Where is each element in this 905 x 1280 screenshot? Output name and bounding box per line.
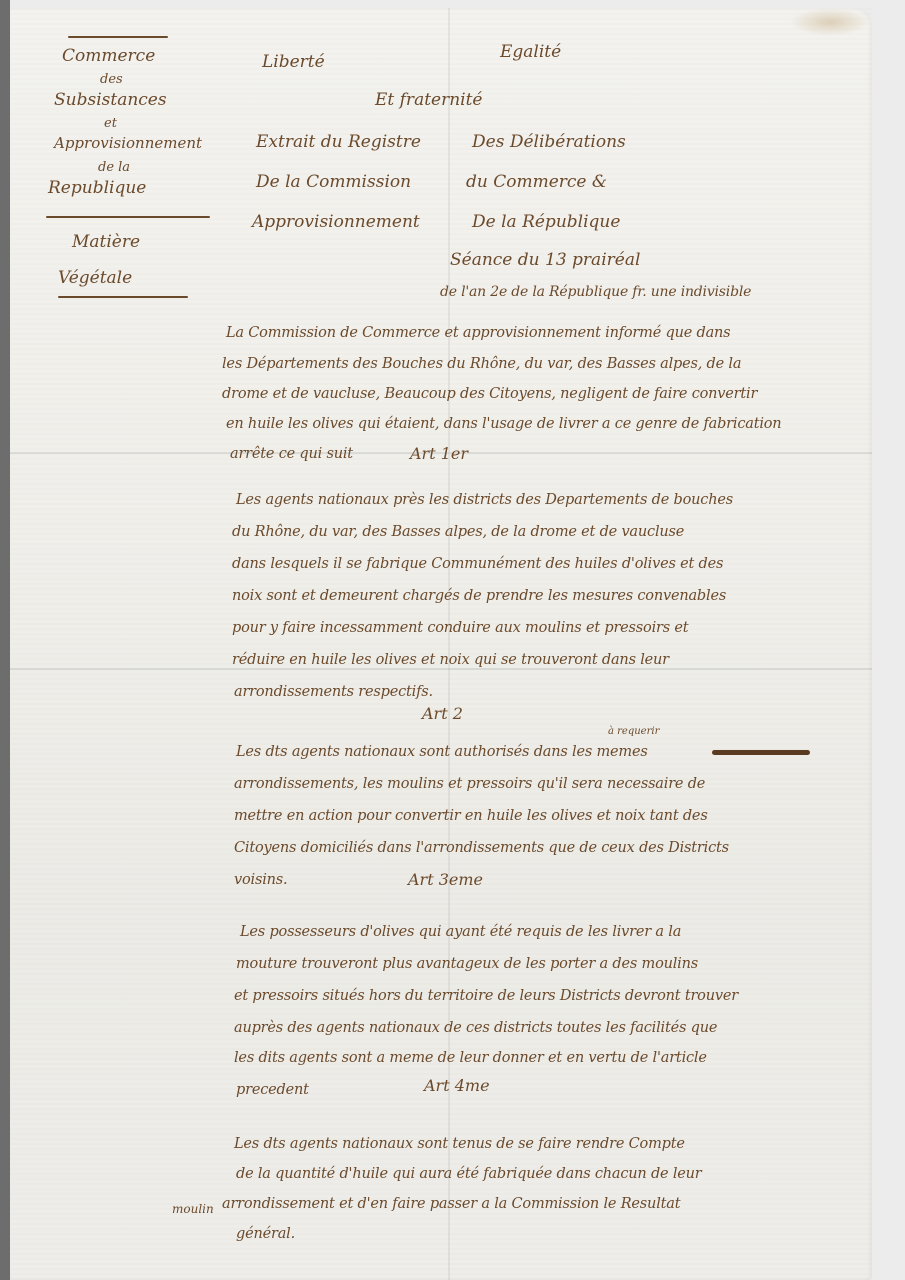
- margin-line: Subsistances: [54, 90, 167, 110]
- article-line: arrondissement et d'en faire passer a la…: [222, 1196, 680, 1212]
- decorative-rule: [46, 216, 210, 218]
- article-line: mouture trouveront plus avantageux de le…: [236, 956, 698, 972]
- article-label: Art 1er: [410, 444, 468, 463]
- article-label: Art 4me: [424, 1076, 490, 1095]
- interlinear-note: à requerir: [608, 726, 659, 737]
- article-line: les dits agents sont a meme de leur donn…: [234, 1050, 707, 1066]
- article-line: noix sont et demeurent chargés de prendr…: [232, 588, 726, 604]
- preamble-line: en huile les olives qui étaient, dans l'…: [226, 416, 781, 432]
- header-left-line: Approvisionnement: [252, 212, 420, 232]
- margin-line: Matière: [72, 232, 140, 252]
- paper-stain: [790, 8, 870, 36]
- margin-line: Approvisionnement: [54, 134, 202, 152]
- preamble-line: arrête ce qui suit: [230, 446, 353, 462]
- motto-egalite: Egalité: [500, 42, 561, 62]
- header-left-line: Extrait du Registre: [256, 132, 421, 152]
- republic-year: de l'an 2e de la République fr. une indi…: [440, 284, 751, 300]
- article-label: Art 2: [422, 704, 463, 723]
- article-line: réduire en huile les olives et noix qui …: [232, 652, 669, 668]
- scanner-edge: [0, 0, 10, 1280]
- article-label: Art 3eme: [408, 870, 483, 889]
- decorative-rule: [58, 296, 188, 298]
- article-line: du Rhône, du var, des Basses alpes, de l…: [232, 524, 684, 540]
- header-right-line: De la République: [472, 212, 620, 232]
- motto-fraternite: Et fraternité: [375, 90, 483, 110]
- preamble-line: La Commission de Commerce et approvision…: [226, 325, 730, 341]
- article-line: Les agents nationaux près les districts …: [236, 492, 733, 508]
- article-line: arrondissements, les moulins et pressoir…: [234, 776, 705, 792]
- margin-line: de la: [98, 160, 130, 175]
- article-line: Les dts agents nationaux sont tenus de s…: [234, 1136, 685, 1152]
- article-line: arrondissements respectifs.: [234, 684, 433, 700]
- preamble-line: les Départements des Bouches du Rhône, d…: [222, 356, 741, 372]
- article-line: pour y faire incessamment conduire aux m…: [232, 620, 688, 636]
- article-line: de la quantité d'huile qui aura été fabr…: [236, 1166, 702, 1182]
- header-right-line: du Commerce &: [466, 172, 607, 192]
- margin-line: Republique: [48, 178, 146, 198]
- ink-blot: [712, 750, 810, 755]
- fold-line: [10, 668, 872, 670]
- header-left-line: De la Commission: [256, 172, 411, 192]
- article-line: precedent: [236, 1082, 309, 1098]
- decorative-rule: [68, 36, 168, 38]
- article-line: voisins.: [234, 872, 287, 888]
- article-line: général.: [236, 1226, 295, 1242]
- motto-liberte: Liberté: [262, 52, 325, 72]
- header-right-line: Des Délibérations: [472, 132, 626, 152]
- article-line: Les dts agents nationaux sont authorisés…: [236, 744, 648, 760]
- article-line: Citoyens domiciliés dans l'arrondissemen…: [234, 840, 729, 856]
- preamble-line: drome et de vaucluse, Beaucoup des Citoy…: [222, 386, 757, 402]
- seance-date: Séance du 13 prairéal: [450, 250, 640, 270]
- margin-line: Végétale: [58, 268, 132, 288]
- margin-note: moulin: [172, 1202, 214, 1216]
- article-line: auprès des agents nationaux de ces distr…: [234, 1020, 717, 1036]
- article-line: mettre en action pour convertir en huile…: [234, 808, 708, 824]
- article-line: et pressoirs situés hors du territoire d…: [234, 988, 738, 1004]
- article-line: Les possesseurs d'olives qui ayant été r…: [240, 924, 681, 940]
- margin-line: Commerce: [62, 46, 155, 66]
- article-line: dans lesquels il se fabrique Communément…: [232, 556, 723, 572]
- margin-line: des: [100, 72, 123, 87]
- margin-line: et: [104, 116, 117, 131]
